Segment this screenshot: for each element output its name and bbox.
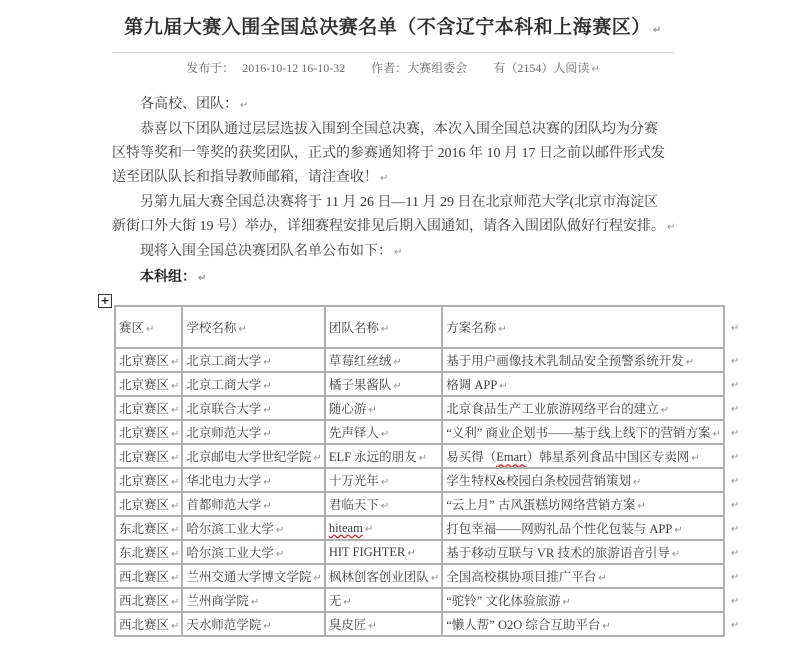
cell-return-mark-icon: ↵ bbox=[381, 324, 389, 335]
paragraph-line: 新街口外大街 19 号）举办，详细赛程安排见后期入围通知，请各入围团队做好行程安… bbox=[112, 215, 674, 240]
cell-return-mark-icon: ↵ bbox=[499, 381, 507, 392]
cell-return-mark-icon: ↵ bbox=[146, 324, 154, 335]
section-heading-text: 本科组： bbox=[140, 270, 196, 285]
cell-return-mark-icon: ↵ bbox=[171, 429, 179, 440]
return-mark-icon: ↵ bbox=[731, 476, 739, 487]
cell-return-mark-icon: ↵ bbox=[263, 621, 271, 632]
document-content: 第九届大赛入围全国总决赛名单（不含辽宁本科和上海赛区）↵ 发布于：2016-10… bbox=[112, 14, 674, 637]
cell-return-mark-icon: ↵ bbox=[368, 621, 376, 632]
table-row: 东北赛区↵哈尔滨工业大学↵hiteam↵打包幸福——网购礼品个性化包装与 APP… bbox=[115, 516, 742, 540]
cell-return-mark-icon: ↵ bbox=[633, 477, 641, 488]
return-mark-icon: ↵ bbox=[731, 428, 739, 439]
table-cell: “懒人帮” O2O 综合互助平台↵ bbox=[442, 612, 724, 636]
roster-table-wrap: + 赛区↵学校名称↵团队名称↵方案名称↵↵北京赛区↵北京工商大学↵草莓红丝绒↵基… bbox=[114, 305, 674, 637]
return-mark-icon: ↵ bbox=[731, 452, 739, 463]
table-cell: 北京赛区↵ bbox=[115, 396, 182, 420]
table-cell: 东北赛区↵ bbox=[115, 516, 182, 540]
row-end-mark: ↵ bbox=[724, 372, 742, 396]
table-cell: 北京工商大学↵ bbox=[182, 372, 324, 396]
cell-return-mark-icon: ↵ bbox=[381, 429, 389, 440]
cell-return-mark-icon: ↵ bbox=[171, 549, 179, 560]
cell-return-mark-icon: ↵ bbox=[419, 453, 427, 464]
cell-return-mark-icon: ↵ bbox=[393, 357, 401, 368]
paragraph-line: 各高校、团队：↵ bbox=[112, 93, 674, 118]
cell-return-mark-icon: ↵ bbox=[263, 381, 271, 392]
cell-return-mark-icon: ↵ bbox=[674, 525, 682, 536]
cell-return-mark-icon: ↵ bbox=[276, 525, 284, 536]
table-row: 北京赛区↵北京工商大学↵草莓红丝绒↵基于用户画像技术乳制品安全预警系统开发↵↵ bbox=[115, 348, 742, 372]
spellcheck-word: hiteam bbox=[329, 521, 363, 535]
table-cell: 草莓红丝绒↵ bbox=[325, 348, 442, 372]
spellcheck-word: Emart bbox=[496, 450, 527, 464]
cell-return-mark-icon: ↵ bbox=[637, 501, 645, 512]
paragraph-line: 现将入围全国总决赛团队名单公布如下：↵ bbox=[112, 240, 674, 265]
row-end-mark: ↵ bbox=[724, 468, 742, 492]
table-cell: 北京赛区↵ bbox=[115, 372, 182, 396]
return-mark-icon: ↵ bbox=[731, 524, 739, 535]
document-page: 第九届大赛入围全国总决赛名单（不含辽宁本科和上海赛区）↵ 发布于：2016-10… bbox=[0, 0, 795, 652]
table-cell: hiteam↵ bbox=[325, 516, 442, 540]
cell-return-mark-icon: ↵ bbox=[598, 573, 606, 584]
table-cell: 北京赛区↵ bbox=[115, 444, 182, 468]
cell-return-mark-icon: ↵ bbox=[343, 597, 351, 608]
table-cell: HIT FIGHTER↵ bbox=[325, 540, 442, 564]
table-cell: “义利” 商业企划书——基于线上线下的营销方案↵ bbox=[442, 420, 724, 444]
return-mark-icon: ↵ bbox=[653, 25, 662, 36]
paragraph-line: 另第九届大赛全国总决赛将于 11 月 26 日—11 月 29 日在北京师范大学… bbox=[112, 191, 674, 215]
table-cell: 十万光年↵ bbox=[325, 468, 442, 492]
table-row: 东北赛区↵哈尔滨工业大学↵HIT FIGHTER↵基于移动互联与 VR 技术的旅… bbox=[115, 540, 742, 564]
table-cell: 易买得（Emart）韩星系列食品中国区专卖网↵ bbox=[442, 444, 724, 468]
table-cell: 北京赛区↵ bbox=[115, 348, 182, 372]
table-cell: 西北赛区↵ bbox=[115, 564, 182, 588]
table-cell: 西北赛区↵ bbox=[115, 612, 182, 636]
cell-return-mark-icon: ↵ bbox=[602, 621, 610, 632]
table-move-handle-icon[interactable]: + bbox=[98, 294, 112, 308]
cell-return-mark-icon: ↵ bbox=[381, 501, 389, 512]
cell-return-mark-icon: ↵ bbox=[686, 357, 694, 368]
return-mark-icon: ↵ bbox=[731, 404, 739, 415]
cell-return-mark-icon: ↵ bbox=[381, 477, 389, 488]
table-cell: 北京工商大学↵ bbox=[182, 348, 324, 372]
return-mark-icon: ↵ bbox=[731, 620, 739, 631]
table-row: 北京赛区↵北京工商大学↵橘子果酱队↵格调 APP↵↵ bbox=[115, 372, 742, 396]
row-end-mark: ↵ bbox=[724, 444, 742, 468]
paragraph-line: 送至团队队长和指导教师邮箱，请注查收！↵ bbox=[112, 166, 674, 191]
return-mark-icon: ↵ bbox=[394, 247, 402, 258]
cell-return-mark-icon: ↵ bbox=[661, 405, 669, 416]
finalist-table: 赛区↵学校名称↵团队名称↵方案名称↵↵北京赛区↵北京工商大学↵草莓红丝绒↵基于用… bbox=[114, 305, 743, 637]
cell-return-mark-icon: ↵ bbox=[238, 324, 246, 335]
table-row: 北京赛区↵首都师范大学↵君临天下↵“云上月” 古风蛋糕坊网络营销方案↵↵ bbox=[115, 492, 742, 516]
page-title-text: 第九届大赛入围全国总决赛名单（不含辽宁本科和上海赛区） bbox=[124, 17, 651, 38]
table-cell: 哈尔滨工业大学↵ bbox=[182, 516, 324, 540]
paragraph-line: 恭喜以下团队通过层层选拔入围到全国总决赛，本次入围全国总决赛的团队均为分赛 bbox=[112, 118, 674, 142]
row-end-mark: ↵ bbox=[724, 540, 742, 564]
table-cell: 打包幸福——网购礼品个性化包装与 APP↵ bbox=[442, 516, 724, 540]
table-cell: 北京邮电大学世纪学院↵ bbox=[182, 444, 324, 468]
cell-return-mark-icon: ↵ bbox=[171, 453, 179, 464]
cell-return-mark-icon: ↵ bbox=[712, 429, 720, 440]
table-row: 北京赛区↵北京联合大学↵随心游↵北京食品生产工业旅游网络平台的建立↵↵ bbox=[115, 396, 742, 420]
table-row: 北京赛区↵北京邮电大学世纪学院↵ELF 永远的朋友↵易买得（Emart）韩星系列… bbox=[115, 444, 742, 468]
cell-return-mark-icon: ↵ bbox=[313, 573, 321, 584]
return-mark-icon: ↵ bbox=[240, 100, 248, 111]
table-header-row: 赛区↵学校名称↵团队名称↵方案名称↵↵ bbox=[115, 306, 742, 348]
table-cell: 北京赛区↵ bbox=[115, 468, 182, 492]
table-cell: 全国高校棋协项目推广平台↵ bbox=[442, 564, 724, 588]
return-mark-icon: ↵ bbox=[731, 572, 739, 583]
cell-return-mark-icon: ↵ bbox=[263, 501, 271, 512]
cell-return-mark-icon: ↵ bbox=[171, 405, 179, 416]
row-end-mark: ↵ bbox=[724, 492, 742, 516]
table-cell: 东北赛区↵ bbox=[115, 540, 182, 564]
return-mark-icon: ↵ bbox=[731, 323, 739, 334]
cell-return-mark-icon: ↵ bbox=[171, 597, 179, 608]
return-mark-icon: ↵ bbox=[591, 64, 599, 75]
section-heading: 本科组：↵ bbox=[112, 266, 674, 291]
table-cell: 臭皮匠↵ bbox=[325, 612, 442, 636]
table-row: 西北赛区↵兰州商学院↵无↵“驼铃” 文化体验旅游↵↵ bbox=[115, 588, 742, 612]
table-cell: 北京赛区↵ bbox=[115, 492, 182, 516]
row-end-mark: ↵ bbox=[724, 612, 742, 636]
cell-return-mark-icon: ↵ bbox=[171, 525, 179, 536]
cell-return-mark-icon: ↵ bbox=[407, 548, 415, 559]
return-mark-icon: ↵ bbox=[731, 596, 739, 607]
return-mark-icon: ↵ bbox=[667, 222, 675, 233]
row-end-mark: ↵ bbox=[724, 420, 742, 444]
cell-return-mark-icon: ↵ bbox=[431, 573, 439, 584]
author-value: 大赛组委会 bbox=[407, 61, 467, 75]
table-row: 北京赛区↵北京师范大学↵先声铎人↵“义利” 商业企划书——基于线上线下的营销方案… bbox=[115, 420, 742, 444]
cell-return-mark-icon: ↵ bbox=[263, 477, 271, 488]
cell-return-mark-icon: ↵ bbox=[393, 381, 401, 392]
return-mark-icon: ↵ bbox=[731, 500, 739, 511]
author-label: 作者： bbox=[371, 61, 407, 75]
table-cell: 北京师范大学↵ bbox=[182, 420, 324, 444]
table-cell: 学生特权&校园白条校园营销策划↵ bbox=[442, 468, 724, 492]
return-mark-icon: ↵ bbox=[731, 548, 739, 559]
table-cell: “云上月” 古风蛋糕坊网络营销方案↵ bbox=[442, 492, 724, 516]
row-end-mark: ↵ bbox=[724, 306, 742, 348]
table-cell: 橘子果酱队↵ bbox=[325, 372, 442, 396]
cell-return-mark-icon: ↵ bbox=[171, 381, 179, 392]
table-cell: 君临天下↵ bbox=[325, 492, 442, 516]
table-cell: 无↵ bbox=[325, 588, 442, 612]
row-end-mark: ↵ bbox=[724, 564, 742, 588]
cell-return-mark-icon: ↵ bbox=[251, 597, 259, 608]
row-end-mark: ↵ bbox=[724, 588, 742, 612]
cell-return-mark-icon: ↵ bbox=[171, 573, 179, 584]
table-cell: 先声铎人↵ bbox=[325, 420, 442, 444]
table-row: 西北赛区↵兰州交通大学博文学院↵枫林创客创业团队↵全国高校棋协项目推广平台↵↵ bbox=[115, 564, 742, 588]
table-cell: 北京赛区↵ bbox=[115, 420, 182, 444]
table-cell: 西北赛区↵ bbox=[115, 588, 182, 612]
table-row: 北京赛区↵华北电力大学↵十万光年↵学生特权&校园白条校园营销策划↵↵ bbox=[115, 468, 742, 492]
table-cell: 华北电力大学↵ bbox=[182, 468, 324, 492]
cell-return-mark-icon: ↵ bbox=[171, 621, 179, 632]
cell-return-mark-icon: ↵ bbox=[263, 429, 271, 440]
table-cell: ELF 永远的朋友↵ bbox=[325, 444, 442, 468]
table-cell: 首都师范大学↵ bbox=[182, 492, 324, 516]
cell-return-mark-icon: ↵ bbox=[562, 597, 570, 608]
cell-return-mark-icon: ↵ bbox=[171, 477, 179, 488]
table-row: 西北赛区↵天水师范学院↵臭皮匠↵“懒人帮” O2O 综合互助平台↵↵ bbox=[115, 612, 742, 636]
table-cell: 随心游↵ bbox=[325, 396, 442, 420]
row-end-mark: ↵ bbox=[724, 396, 742, 420]
cell-return-mark-icon: ↵ bbox=[691, 453, 699, 464]
table-cell: 兰州商学院↵ bbox=[182, 588, 324, 612]
published-label: 发布于： bbox=[186, 61, 234, 75]
cell-return-mark-icon: ↵ bbox=[171, 357, 179, 368]
article-meta: 发布于：2016-10-12 16-10-32作者：大赛组委会有（2154）人阅… bbox=[112, 60, 674, 78]
cell-return-mark-icon: ↵ bbox=[365, 524, 373, 535]
table-cell: “驼铃” 文化体验旅游↵ bbox=[442, 588, 724, 612]
table-header-cell: 方案名称↵ bbox=[442, 306, 724, 348]
table-header-cell: 学校名称↵ bbox=[182, 306, 324, 348]
cell-return-mark-icon: ↵ bbox=[263, 357, 271, 368]
table-cell: 北京食品生产工业旅游网络平台的建立↵ bbox=[442, 396, 724, 420]
cell-return-mark-icon: ↵ bbox=[171, 501, 179, 512]
cell-return-mark-icon: ↵ bbox=[313, 453, 321, 464]
page-title: 第九届大赛入围全国总决赛名单（不含辽宁本科和上海赛区）↵ bbox=[112, 14, 674, 53]
table-cell: 哈尔滨工业大学↵ bbox=[182, 540, 324, 564]
table-cell: 枫林创客创业团队↵ bbox=[325, 564, 442, 588]
body-paragraphs: 各高校、团队：↵恭喜以下团队通过层层选拔入围到全国总决赛，本次入围全国总决赛的团… bbox=[112, 93, 674, 265]
return-mark-icon: ↵ bbox=[731, 380, 739, 391]
return-mark-icon: ↵ bbox=[731, 356, 739, 367]
return-mark-icon: ↵ bbox=[198, 273, 206, 284]
row-end-mark: ↵ bbox=[724, 348, 742, 372]
published-value: 2016-10-12 16-10-32 bbox=[242, 61, 345, 75]
cell-return-mark-icon: ↵ bbox=[263, 405, 271, 416]
cell-return-mark-icon: ↵ bbox=[276, 549, 284, 560]
table-cell: 格调 APP↵ bbox=[442, 372, 724, 396]
table-cell: 兰州交通大学博文学院↵ bbox=[182, 564, 324, 588]
table-cell: 基于移动互联与 VR 技术的旅游语音引导↵ bbox=[442, 540, 724, 564]
row-end-mark: ↵ bbox=[724, 516, 742, 540]
paragraph-line: 区特等奖和一等奖的获奖团队，正式的参赛通知将于 2016 年 10 月 17 日… bbox=[112, 142, 674, 166]
table-cell: 基于用户画像技术乳制品安全预警系统开发↵ bbox=[442, 348, 724, 372]
cell-return-mark-icon: ↵ bbox=[498, 324, 506, 335]
table-header-cell: 团队名称↵ bbox=[325, 306, 442, 348]
cell-return-mark-icon: ↵ bbox=[368, 405, 376, 416]
table-cell: 天水师范学院↵ bbox=[182, 612, 324, 636]
return-mark-icon: ↵ bbox=[380, 173, 388, 184]
read-count: 有（2154）人阅读 bbox=[493, 61, 589, 75]
table-cell: 北京联合大学↵ bbox=[182, 396, 324, 420]
table-header-cell: 赛区↵ bbox=[115, 306, 182, 348]
cell-return-mark-icon: ↵ bbox=[672, 549, 680, 560]
